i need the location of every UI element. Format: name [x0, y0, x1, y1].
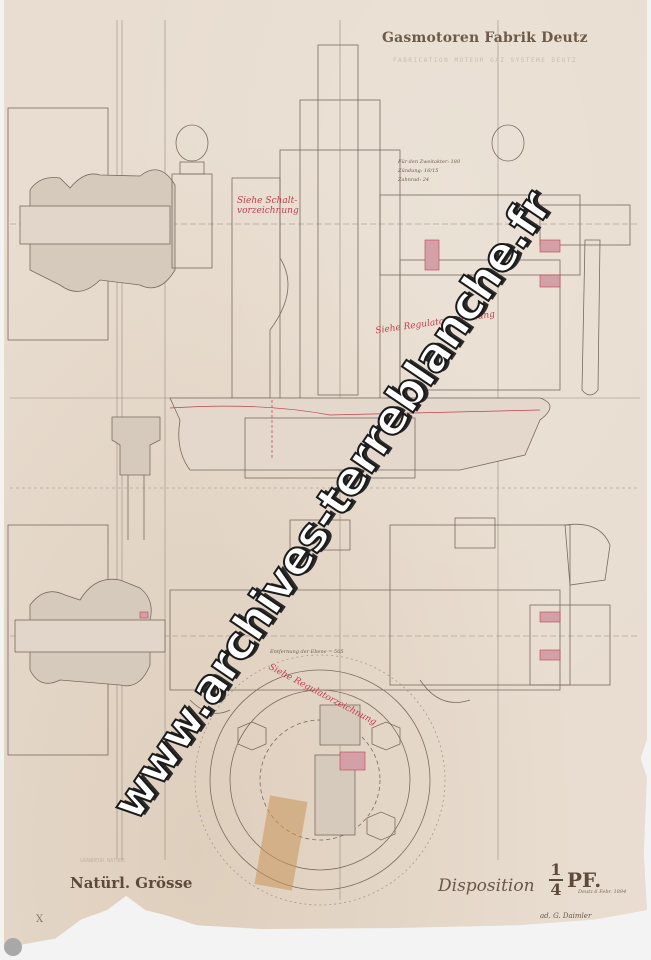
- pushpin: [4, 938, 22, 956]
- document-title: Gasmotoren Fabrik Deutz: [382, 30, 588, 46]
- corner-mark: X: [36, 914, 43, 925]
- drawing-name: Disposition: [438, 876, 535, 896]
- red-annotation-schalt: Siehe Schalt- vorzeichnung: [237, 196, 299, 216]
- scale-note: GRANDEUR NATURE: [80, 858, 125, 864]
- model-fraction: 1 4: [549, 862, 563, 898]
- red-annotation-line: vorzeichnung: [237, 206, 299, 216]
- drive-note-line: Zündung: 16/15: [398, 167, 460, 176]
- date-note: Deutz 6 Febr. 1894: [578, 889, 626, 895]
- drive-note-line: Zahnrad: 24: [398, 176, 460, 185]
- drive-note-line: Für den Zweitakter: 180: [398, 158, 460, 167]
- red-annotation-line: Siehe Schalt-: [237, 196, 299, 206]
- scale-label: Natürl. Grösse: [70, 874, 192, 892]
- fraction-numerator: 1: [550, 860, 561, 879]
- distance-note: Entfernung der Ebene = 505: [270, 648, 344, 657]
- fraction-denominator: 4: [550, 880, 561, 899]
- signature: ad. G. Daimler: [540, 912, 591, 920]
- drive-note: Für den Zweitakter: 180 Zündung: 16/15 Z…: [398, 158, 460, 185]
- subtitle-stamp: FABRICATION MOTEUR GAZ SYSTEME DEUTZ: [393, 57, 577, 64]
